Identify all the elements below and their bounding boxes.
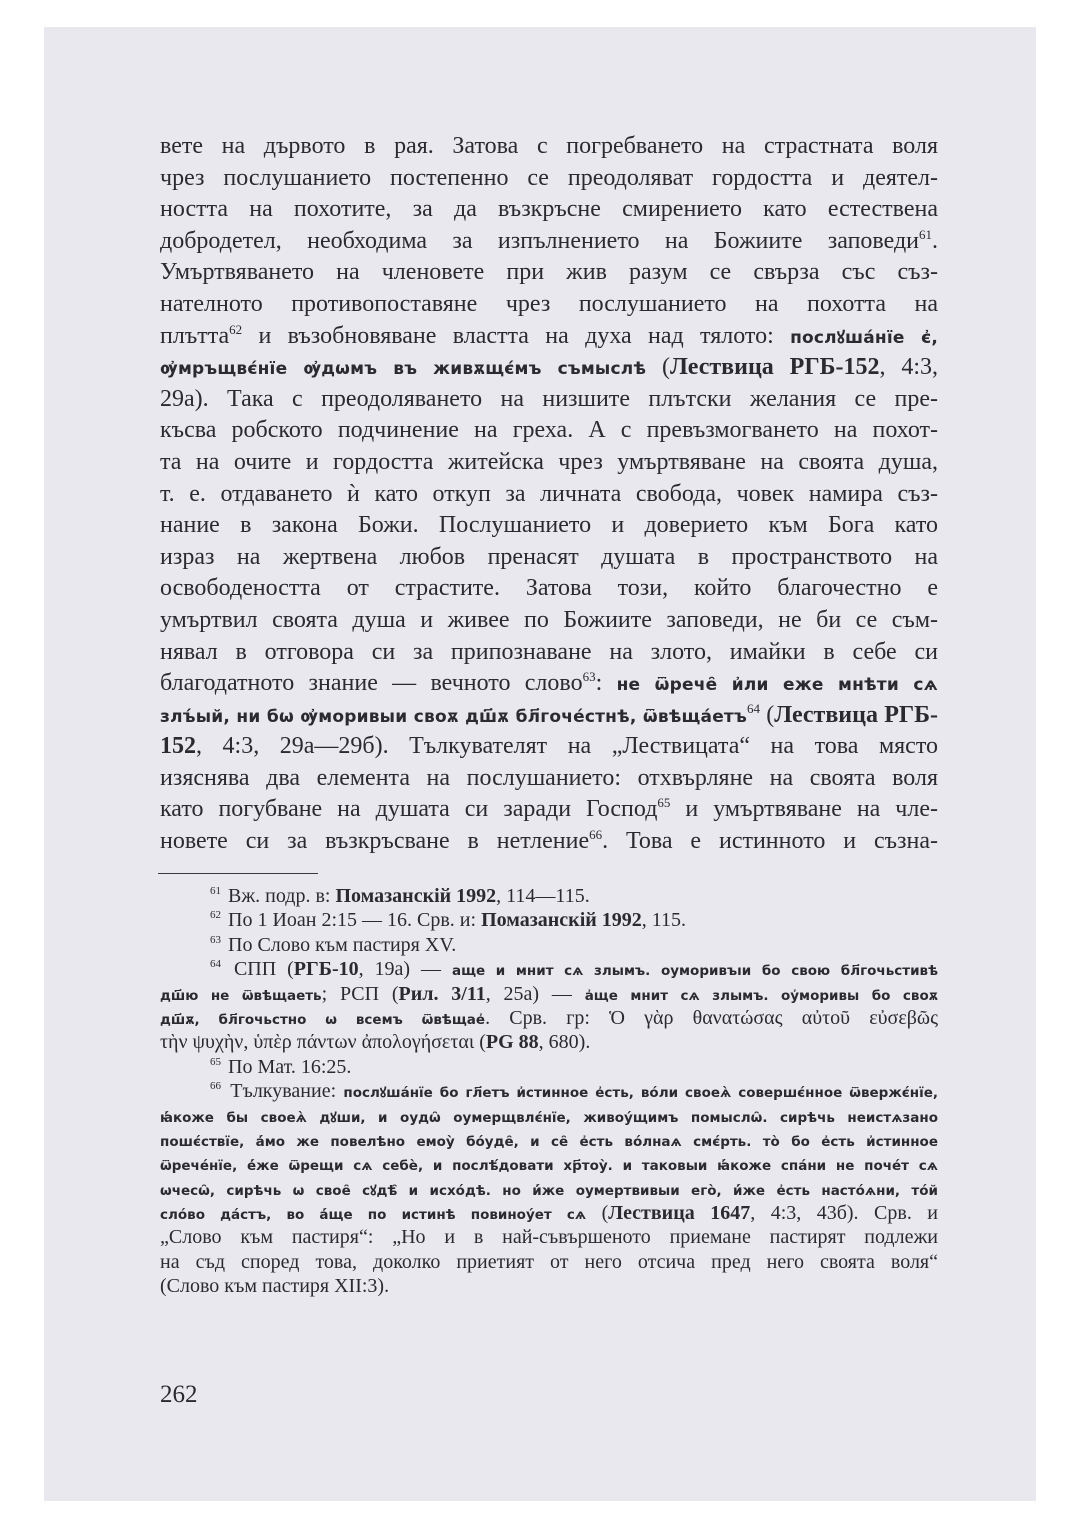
text-run: , 19а) —	[359, 958, 452, 980]
footnote-separator	[158, 873, 318, 874]
church-slavonic-quote: ꙗ҆́коже бы своеѧ̀ дꙋши, и оудѡ̑ оумерщвл…	[160, 1110, 938, 1126]
text-run: СПП (	[223, 958, 294, 980]
text-run: По Мат. 16:25.	[223, 1056, 351, 1078]
church-slavonic-quote: ωчесѡ̑, сирѣчь ω свое̑ сꙋдѣ̑ и исхо́дѣ. …	[160, 1183, 938, 1199]
text-line: освободеността от страстите. Затова този…	[160, 573, 938, 605]
text-line: нявал в отговора си за припознаване на з…	[160, 637, 938, 669]
text-line: нателното противопоставяне чрез послушан…	[160, 289, 938, 321]
footnote-line: пошє́ствїе, а҆́мо же повелѣно емоу̀ бо́у…	[160, 1128, 938, 1152]
footnote-line: ωчесѡ̑, сирѣчь ω свое̑ сꙋдѣ̑ и исхо́дѣ. …	[160, 1177, 938, 1201]
footnote-reference: 62	[229, 322, 242, 337]
text-run: , 4:3,	[879, 354, 938, 380]
footnote-line: „Слово към пастиря“: „Но и в най-съвърше…	[160, 1225, 938, 1249]
footnote-line: на съд според това, доколко приетият от …	[160, 1250, 938, 1274]
text-run: . Срв. гр: Ὁ γὰρ θανατώσας αὐτοῦ εὐσεβῶς	[485, 1007, 938, 1029]
footnote-line: (Слово към пастиря XII:3).	[160, 1274, 938, 1298]
text-line: израз на жертвена любов пренасят душата …	[160, 542, 938, 574]
text-run: чрез послушанието постепенно се преодоля…	[160, 165, 938, 191]
footnote-number: 65	[210, 1056, 221, 1068]
footnote-reference: 63	[583, 669, 596, 684]
text-run: и умъртвяване на чле-	[670, 796, 938, 822]
text-line: вете на дървото в рая. Затова с погребва…	[160, 131, 938, 163]
text-line: плътта62 и възобновяване властта на духа…	[160, 321, 938, 353]
text-line: като погубване на душата си заради Госпо…	[160, 794, 938, 826]
text-run: :	[596, 670, 617, 696]
text-run: нявал в отговора си за припознаване на з…	[160, 639, 938, 665]
footnote-line: ѿрече́нїе, е҆́же ѿрещи сѧ себѐ, и послѣ́…	[160, 1152, 938, 1176]
text-line: умъртвил своята душа и живее по Божиите …	[160, 605, 938, 637]
text-run: , 25а) —	[486, 983, 585, 1005]
text-run: Вж. подр. в:	[223, 885, 335, 907]
text-run: нателното противопоставяне чрез послушан…	[160, 291, 938, 317]
text-run: израз на жертвена любов пренасят душата …	[160, 544, 938, 570]
text-line: благодатното знание — вечното слово63: н…	[160, 668, 938, 700]
footnote-line: τὴν ψυχὴν, ὑπὲρ πάντων ἀπολογήσεται (PG …	[160, 1030, 938, 1054]
text-run: Умъртвяването на членовете при жив разум…	[160, 259, 938, 285]
text-line: чрез послушанието постепенно се преодоля…	[160, 163, 938, 195]
text-run: , 115.	[642, 909, 686, 931]
page-number: 262	[160, 1381, 198, 1409]
text-run: , 4:3, 29а—29б). Тълкувателят на „Лестви…	[196, 733, 938, 759]
text-line: късва робското подчинение на греха. А с …	[160, 415, 938, 447]
church-slavonic-quote: дш҃ѫ, бл҃гочьстно ω всемъ ѿвѣщае҆	[160, 1012, 485, 1028]
footnotes: 61 Вж. подр. в: Помазанскій 1992, 114—11…	[160, 884, 938, 1299]
text-line: Умъртвяването на членовете при жив разум…	[160, 257, 938, 289]
text-run: благодатното знание — вечното слово	[160, 670, 583, 696]
church-slavonic-quote: дш҃ю не ѿвѣщаеть	[160, 988, 322, 1004]
citation-source: 152	[160, 733, 196, 759]
footnote-line: сло́во да́стъ, во а҆́ще по истинѣ повино…	[160, 1201, 938, 1225]
text-run: новете си за възкръсване в нетление	[160, 828, 589, 854]
text-run: По Слово към пастиря XV.	[223, 934, 456, 956]
church-slavonic-quote: ѹ҆мръщвє́нїе ѹ҆дωмъ въ живѫщє́мъ съмыслѣ	[160, 359, 646, 379]
church-slavonic-quote: аще и мнит сѧ злымъ. оуморивъıи бо свою …	[452, 963, 938, 979]
footnote-line: дш҃ѫ, бл҃гочьстно ω всемъ ѿвѣщае҆. Срв. …	[160, 1006, 938, 1030]
citation-source: Лествица РГБ-	[774, 702, 938, 728]
footnote-line: 61 Вж. подр. в: Помазанскій 1992, 114—11…	[160, 884, 938, 908]
text-line: новете си за възкръсване в нетление66. Т…	[160, 826, 938, 858]
text-run: късва робското подчинение на греха. А с …	[160, 417, 938, 443]
book-page: вете на дървото в рая. Затова с погребва…	[44, 27, 1036, 1501]
text-run: ; РСП (	[322, 983, 399, 1005]
text-run: , 114—115.	[496, 885, 590, 907]
text-run: на съд според това, доколко приетият от …	[160, 1251, 938, 1273]
text-line: 29а). Така с преодоляването на низшите п…	[160, 384, 938, 416]
footnote-reference: 61	[919, 227, 932, 242]
text-run: добродетел, необходима за изпълнението н…	[160, 228, 919, 254]
text-line: 152, 4:3, 29а—29б). Тълкувателят на „Лес…	[160, 731, 938, 763]
text-run: (Слово към пастиря XII:3).	[160, 1275, 389, 1297]
text-line: ѹ҆мръщвє́нїе ѹ҆дωмъ въ живѫщє́мъ съмыслѣ…	[160, 352, 938, 384]
church-slavonic-quote: пошє́ствїе, а҆́мо же повелѣно емоу̀ бо́у…	[160, 1134, 938, 1150]
text-line: добродетел, необходима за изпълнението н…	[160, 226, 938, 258]
text-run: (	[646, 354, 670, 380]
text-run: и възобновяване властта на духа над тяло…	[242, 323, 790, 349]
church-slavonic-quote: а҆ще мнит сѧ злымъ. оу҆моривы бо своѫ	[585, 988, 938, 1004]
text-run: (	[586, 1202, 608, 1224]
footnote-number: 64	[210, 958, 221, 970]
citation-source: Лествица 1647	[608, 1202, 750, 1224]
text-run: та на очите и гордостта житейска чрез ум…	[160, 449, 938, 475]
text-run: (	[760, 702, 774, 728]
text-run: , 4:3, 43б). Срв. и	[750, 1202, 938, 1224]
text-line: злъ́ый, ни бω ѹ҆моривыи своѫ дш҃ѫ бл҃гоч…	[160, 700, 938, 732]
text-run: .	[932, 228, 938, 254]
citation-source: Помазанскій 1992	[335, 885, 496, 907]
text-run: освободеността от страстите. Затова този…	[160, 575, 938, 601]
text-run: умъртвил своята душа и живее по Божиите …	[160, 607, 938, 633]
text-run: . Това е истинното и съзна-	[602, 828, 938, 854]
footnote-line: дш҃ю не ѿвѣщаеть; РСП (Рил. 3/11, 25а) —…	[160, 982, 938, 1006]
text-line: т. е. отдаването ѝ като откуп за личната…	[160, 479, 938, 511]
citation-source: Рил. 3/11	[399, 983, 486, 1005]
citation-source: РГБ-10	[294, 958, 359, 980]
footnote-number: 63	[210, 934, 221, 946]
footnote-line: 66 Тълкувание: послꙋша́нїе бо гл҃етъ и҆с…	[160, 1079, 938, 1103]
footnote-number: 61	[210, 885, 221, 897]
text-run: , 680).	[539, 1031, 591, 1053]
text-run: като погубване на душата си заради Госпо…	[160, 796, 657, 822]
text-run: „Слово към пастиря“: „Но и в най-съвърше…	[160, 1226, 938, 1248]
footnote-line: 64 СПП (РГБ-10, 19а) — аще и мнит сѧ злы…	[160, 957, 938, 981]
text-run: Тълкувание:	[223, 1080, 343, 1102]
main-text: вете на дървото в рая. Затова с погребва…	[160, 131, 938, 858]
church-slavonic-quote: ѿрече́нїе, е҆́же ѿрещи сѧ себѐ, и послѣ́…	[160, 1158, 938, 1174]
footnote-line: 62 По 1 Иоан 2:15 — 16. Срв. и: Помазанс…	[160, 908, 938, 932]
text-run: По 1 Иоан 2:15 — 16. Срв. и:	[223, 909, 481, 931]
citation-source: Лествица РГБ-152	[670, 354, 879, 380]
text-run: вете на дървото в рая. Затова с погребва…	[160, 133, 938, 159]
footnote-reference: 65	[657, 795, 670, 810]
text-run: τὴν ψυχὴν, ὑπὲρ πάντων ἀπολογήσεται (	[160, 1031, 486, 1053]
footnote-line: ꙗ҆́коже бы своеѧ̀ дꙋши, и оудѡ̑ оумерщвл…	[160, 1104, 938, 1128]
text-run: 29а). Така с преодоляването на низшите п…	[160, 386, 938, 412]
footnote-line: 65 По Мат. 16:25.	[160, 1055, 938, 1079]
church-slavonic-quote: не ѿрече̑ и҆ли еже мнѣти сѧ	[617, 675, 938, 695]
text-line: нание в закона Божи. Послушанието и дове…	[160, 510, 938, 542]
text-run: нание в закона Божи. Послушанието и дове…	[160, 512, 938, 538]
footnote-number: 62	[210, 909, 221, 921]
text-run: плътта	[160, 323, 229, 349]
citation-source: PG 88	[486, 1031, 539, 1053]
text-run: изяснява два елемента на послушанието: о…	[160, 765, 938, 791]
church-slavonic-quote: злъ́ый, ни бω ѹ҆моривыи своѫ дш҃ѫ бл҃гоч…	[160, 707, 747, 727]
church-slavonic-quote: сло́во да́стъ, во а҆́ще по истинѣ повино…	[160, 1207, 586, 1223]
footnote-line: 63 По Слово към пастиря XV.	[160, 933, 938, 957]
church-slavonic-quote: послꙋша́нїе бо гл҃етъ и҆стинное е҆сть, в…	[343, 1085, 938, 1101]
footnote-reference: 64	[747, 701, 760, 716]
text-line: ността на похотите, за да възкръсне смир…	[160, 194, 938, 226]
text-run: т. е. отдаването ѝ като откуп за личната…	[160, 481, 938, 507]
text-run: ността на похотите, за да възкръсне смир…	[160, 196, 938, 222]
text-line: изяснява два елемента на послушанието: о…	[160, 763, 938, 795]
citation-source: Помазанскій 1992	[481, 909, 642, 931]
footnote-reference: 66	[589, 827, 602, 842]
text-line: та на очите и гордостта житейска чрез ум…	[160, 447, 938, 479]
church-slavonic-quote: послꙋша́нїе є҆,	[790, 328, 938, 348]
footnote-number: 66	[210, 1080, 221, 1092]
